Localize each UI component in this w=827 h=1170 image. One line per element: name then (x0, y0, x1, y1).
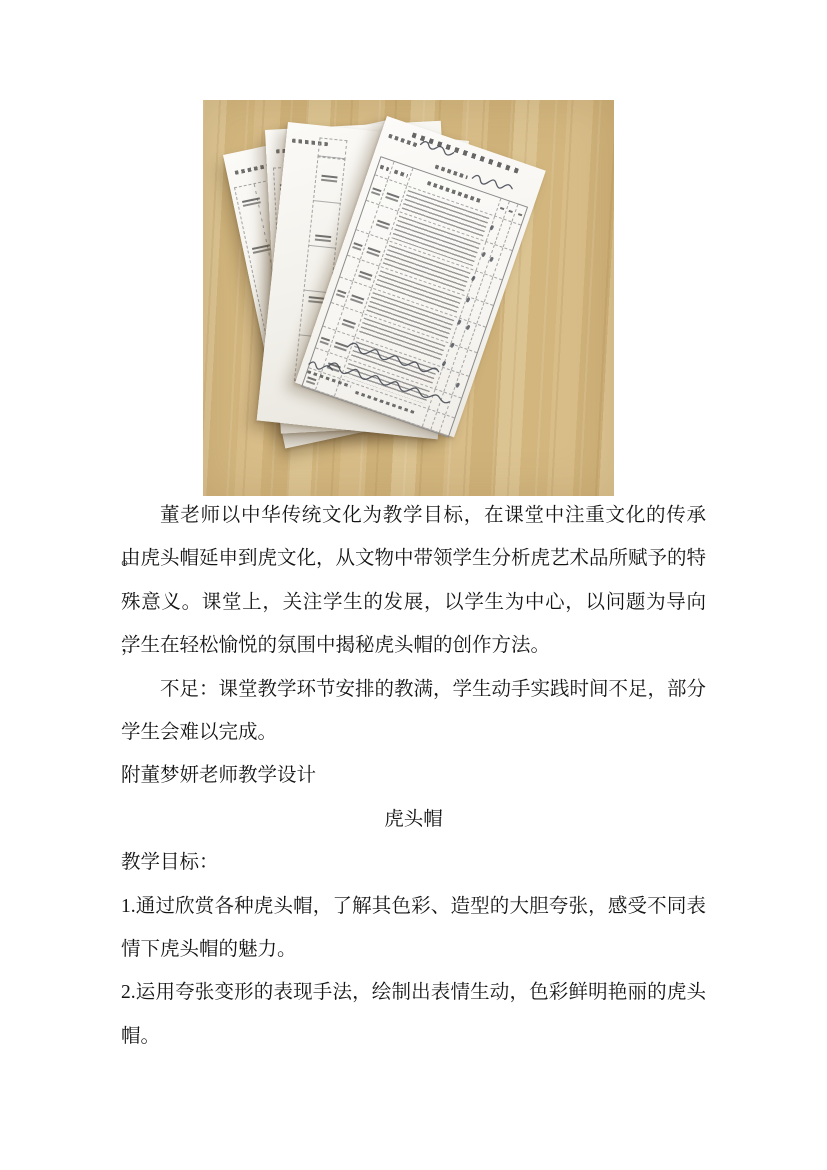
section-title: 虎头帽 (121, 798, 706, 841)
tiny-row-label (377, 220, 391, 226)
tiny-header-text (517, 213, 521, 216)
text-line: 学生在轻松愉悦的氛围中揭秘虎头帽的创作方法。 (121, 624, 706, 667)
tiny-row-label (307, 376, 317, 381)
tiny-row-label (337, 289, 347, 294)
tiny-header-text (500, 207, 504, 210)
text-line: 附董梦妍老师教学设计 (121, 754, 706, 797)
text-line: 殊意义。课堂上，关注学生的发展，以学生为中心，以问题为导向 ， (121, 581, 706, 624)
tiny-row-label (359, 271, 373, 277)
tiny-row-label (242, 197, 260, 203)
text-line: 情下虎头帽的魅力。 (121, 928, 706, 971)
tiny-row-label (351, 294, 365, 300)
text-line: 学生会难以完成。 (121, 711, 706, 754)
text-line: 不足：课堂教学环节安排的教满，学生动手实践时间不足，部分 (121, 668, 706, 711)
tiny-row-label (353, 242, 363, 247)
text-line: 1.通过欣赏各种虎头帽，了解其色彩、造型的大胆夸张，感受不同表 (121, 885, 706, 928)
tiny-row-label (343, 319, 357, 325)
tiny-row-label (309, 296, 325, 300)
photo-of-evaluation-forms (203, 100, 614, 496)
tiny-row-label (315, 234, 331, 238)
document-page: 董老师以中华传统文化为教学目标，在课堂中注重文化的传承 。 由虎头帽延申到虎文化… (0, 0, 827, 1170)
tiny-row-label (367, 247, 381, 253)
text-line: 帽。 (121, 1015, 706, 1058)
tiny-header-text (393, 169, 408, 177)
tiny-row-label (321, 337, 331, 342)
text-line: 由虎头帽延申到虎文化，从文物中带领学生分析虎艺术品所赋予的特 (121, 537, 706, 580)
text-line: 董老师以中华传统文化为教学目标，在课堂中注重文化的传承 。 (121, 494, 706, 537)
tiny-header-text (380, 165, 390, 172)
text-line: 2.运用夸张变形的表现手法，绘制出表情生动，色彩鲜明艳丽的虎头 (121, 971, 706, 1014)
tiny-header-text (508, 210, 512, 213)
tiny-row-label (252, 244, 270, 250)
tiny-row-label (386, 192, 400, 198)
text-line: 教学目标： (121, 841, 706, 884)
document-text: 董老师以中华传统文化为教学目标，在课堂中注重文化的传承 。 由虎头帽延申到虎文化… (121, 494, 706, 1058)
tiny-row-label (372, 187, 382, 192)
tiny-row-label (321, 175, 337, 179)
